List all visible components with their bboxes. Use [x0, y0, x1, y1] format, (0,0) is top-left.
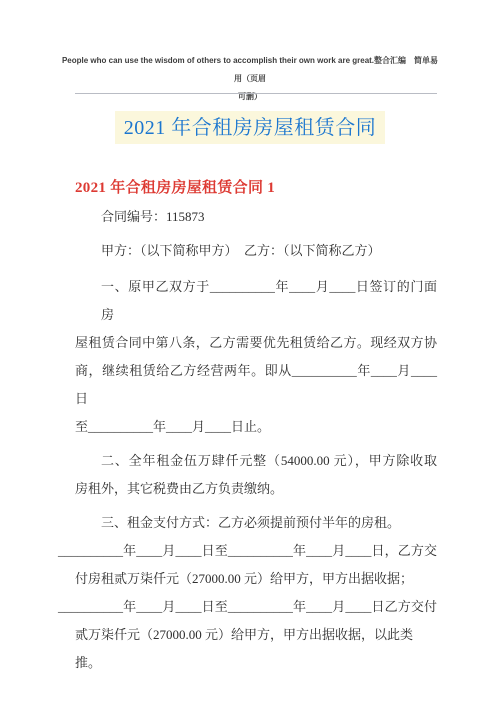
clause-1-line-4: 至__________年____月____日止。: [75, 413, 437, 441]
document-title-row: 2021 年合租房房屋租赁合同: [0, 111, 500, 144]
contract-page: People who can use the wisdom of others …: [0, 0, 500, 708]
payment-term-1-line-1: __________年____月____日至__________年____月__…: [58, 537, 437, 565]
clause-1-line-2: 屋租赁合同中第八条，乙方需要优先租赁给乙方。现经双方协: [75, 329, 437, 357]
contract-body: 合同编号：115873 甲方：（以下简称甲方） 乙方：（以下简称乙方） 一、原甲…: [75, 203, 437, 677]
parties-line: 甲方：（以下简称甲方） 乙方：（以下简称乙方）: [75, 237, 437, 265]
header-line-2: 可删）: [58, 88, 442, 106]
contract-number-paragraph: 合同编号：115873: [75, 203, 437, 231]
clause-3-line-1: 三、租金支付方式：乙方必须提前预付半年的房租。: [75, 509, 437, 537]
contract-number: 合同编号：115873: [75, 203, 437, 231]
payment-term-1-line-2: 付房租贰万柒仟元（27000.00 元）给甲方，甲方出据收据；: [75, 565, 437, 593]
page-header: People who can use the wisdom of others …: [58, 52, 442, 106]
section-heading: 2021 年合租房房屋租赁合同 1: [75, 176, 275, 197]
document-title: 2021 年合租房房屋租赁合同: [115, 111, 386, 144]
payment-term-2-line-2: 贰万柒仟元（27000.00 元）给甲方，甲方出据收据，以此类推。: [75, 621, 437, 677]
clause-3-paragraph: 三、租金支付方式：乙方必须提前预付半年的房租。: [75, 509, 437, 537]
payment-term-2-paragraph: __________年____月____日至__________年____月__…: [75, 593, 437, 677]
header-line-1: People who can use the wisdom of others …: [58, 52, 442, 88]
header-divider: [75, 93, 437, 94]
parties-paragraph: 甲方：（以下简称甲方） 乙方：（以下简称乙方）: [75, 237, 437, 265]
clause-1-line-1: 一、原甲乙双方于__________年____月____日签订的门面房: [75, 273, 437, 329]
clause-2-line-1: 二、全年租金伍万肆仟元整（54000.00 元），甲方除收取: [75, 447, 437, 475]
payment-term-2-line-1: __________年____月____日至__________年____月__…: [58, 593, 437, 621]
payment-term-1-paragraph: __________年____月____日至__________年____月__…: [75, 537, 437, 593]
clause-2-line-2: 房租外，其它税费由乙方负责缴纳。: [75, 475, 437, 503]
clause-1-paragraph: 一、原甲乙双方于__________年____月____日签订的门面房 屋租赁合…: [75, 273, 437, 441]
clause-2-paragraph: 二、全年租金伍万肆仟元整（54000.00 元），甲方除收取 房租外，其它税费由…: [75, 447, 437, 503]
clause-1-line-3: 商，继续租赁给乙方经营两年。即从__________年____月____日: [75, 357, 437, 413]
